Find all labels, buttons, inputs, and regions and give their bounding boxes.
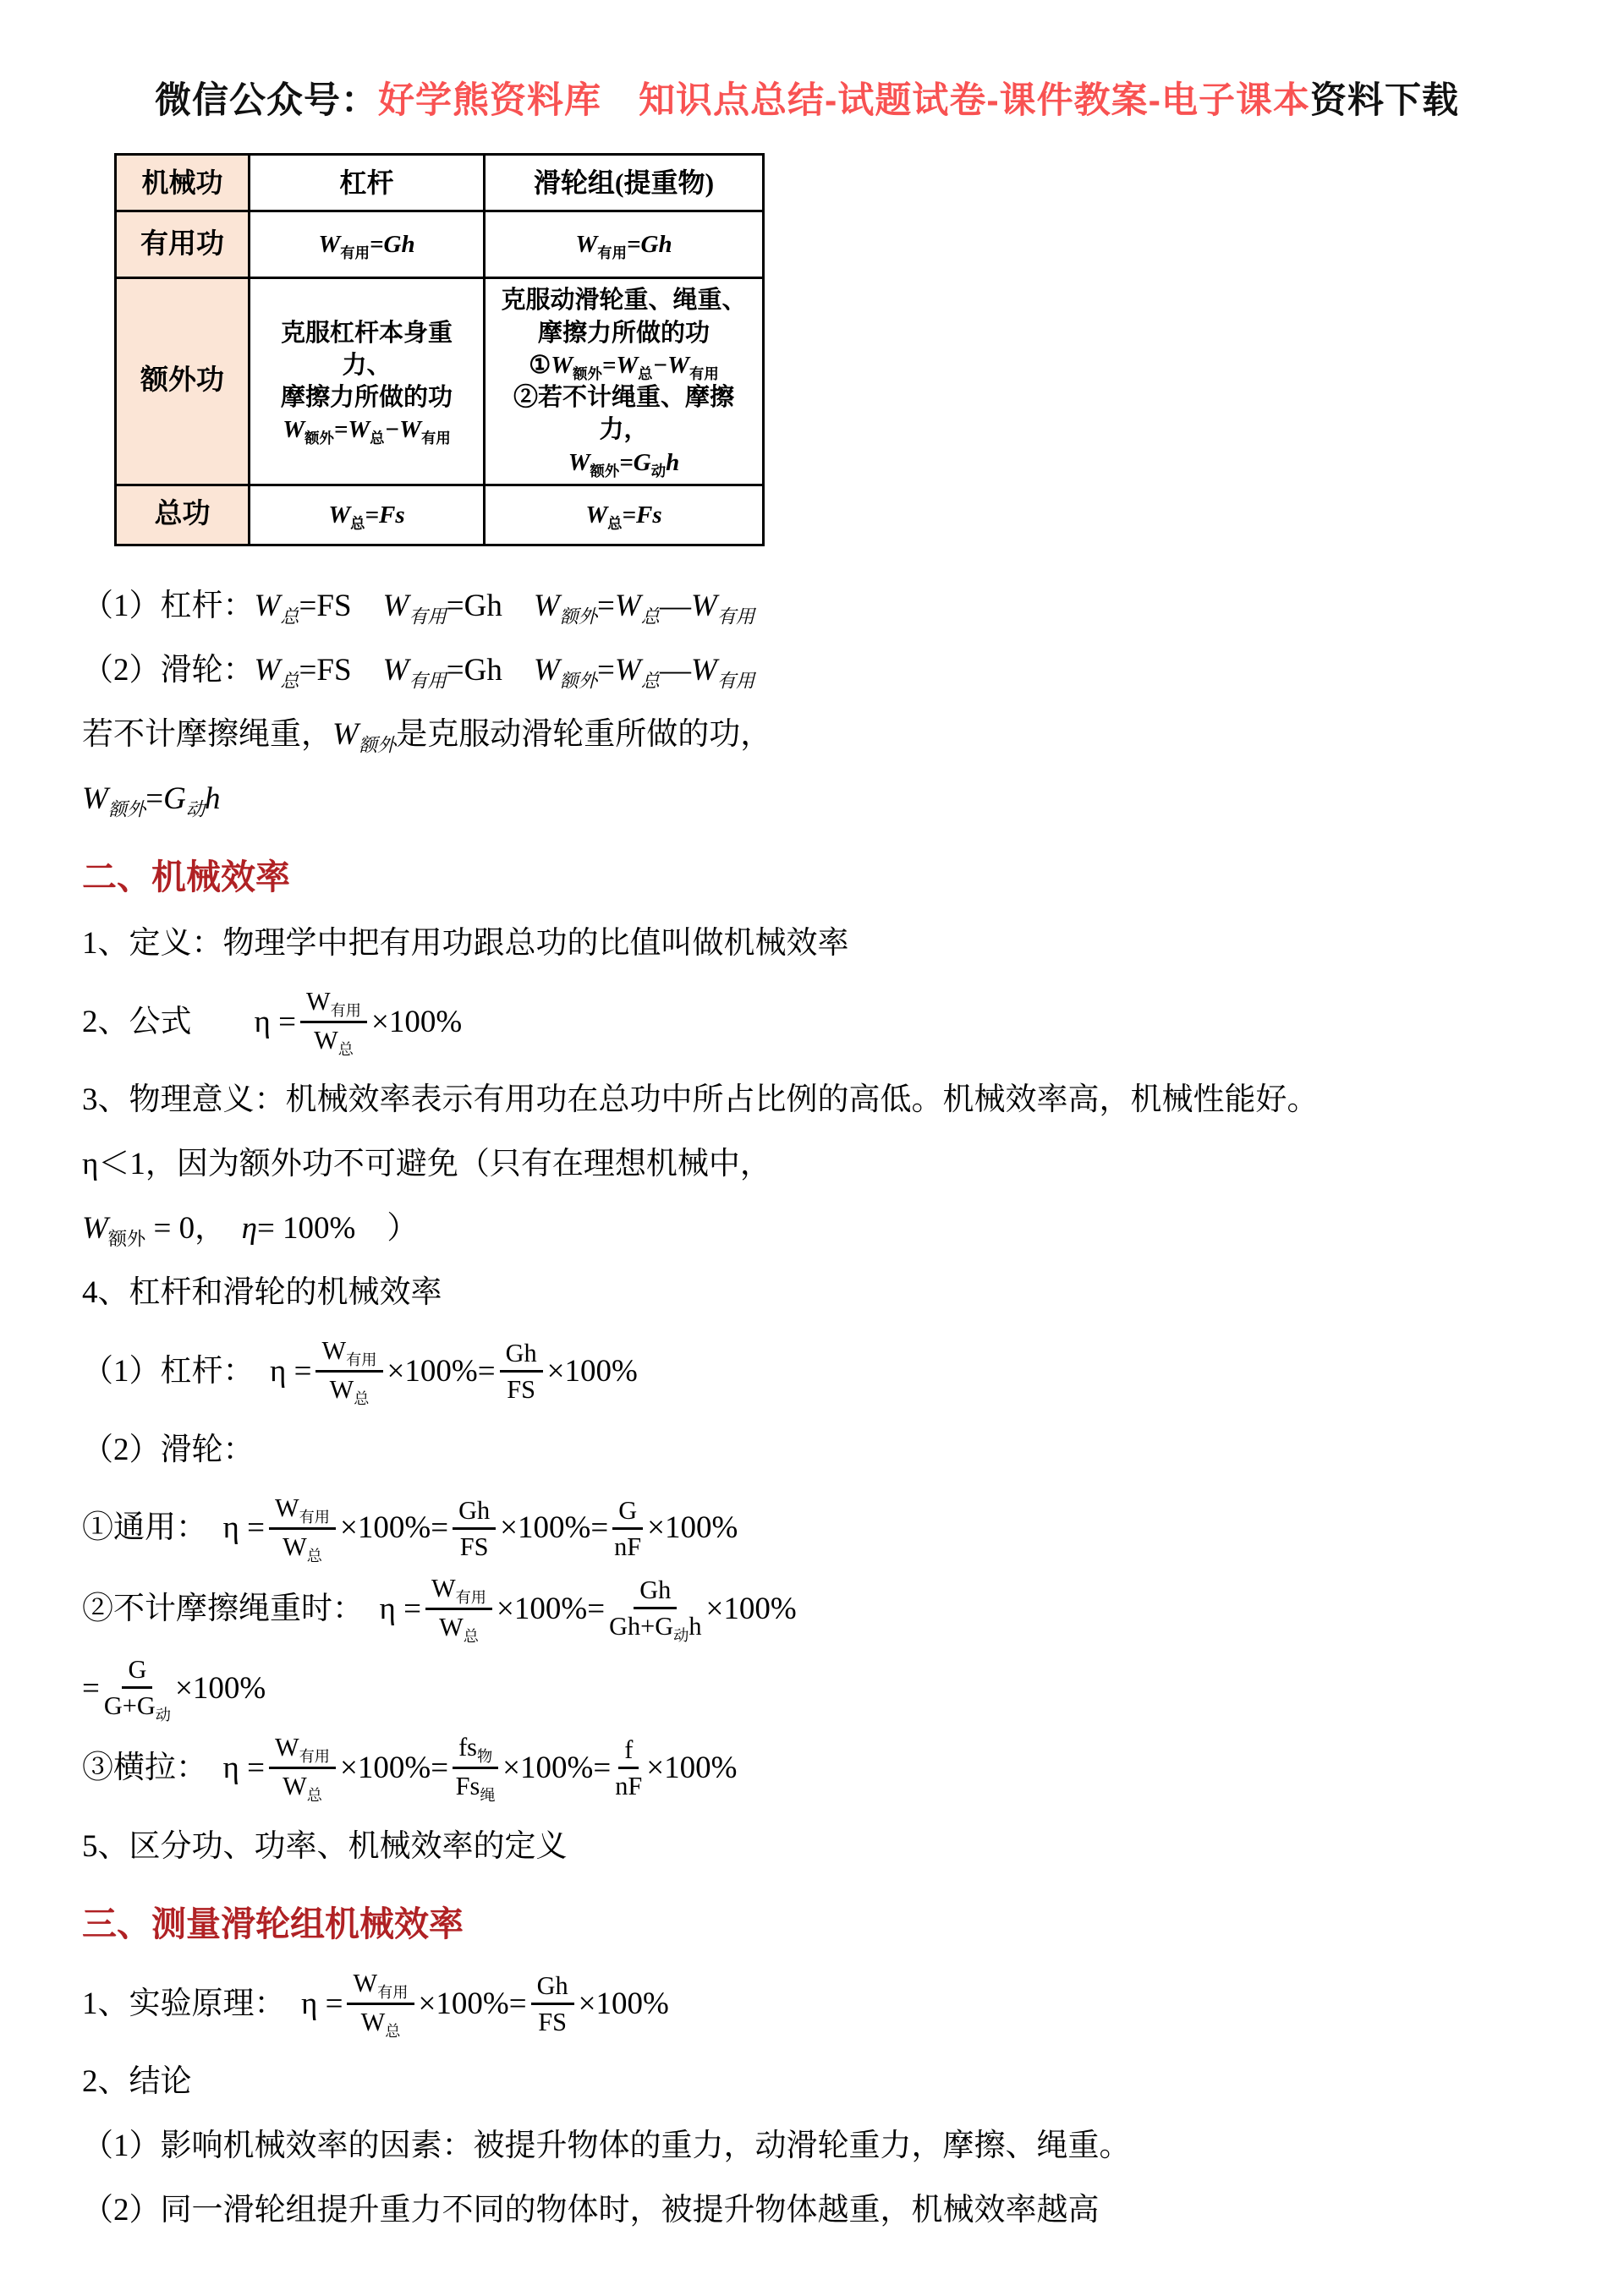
line-conclusion-heavier: （2）同一滑轮组提升重力不同的物体时，被提升物体越重，机械效率越高 bbox=[82, 2189, 1573, 2232]
fraction: GhFS bbox=[531, 1971, 574, 2036]
table-cell-r3c2: W总=Fs bbox=[485, 485, 764, 545]
fraction: GG+G动 bbox=[104, 1655, 171, 1723]
wechat-banner: 微信公众号：好学熊资料库 知识点总结-试题试卷-课件教案-电子课本资料下载 bbox=[0, 0, 1624, 121]
table-cell-r0c1: 杠杆 bbox=[250, 155, 485, 211]
banner-suffix: 资料下载 bbox=[1310, 80, 1459, 121]
table-cell-line: 克服杠杆本身重力、 bbox=[257, 317, 476, 382]
fraction: GhFS bbox=[500, 1339, 543, 1404]
formula-line-lever-efficiency: （1）杠杆： η =W有用W总×100%=GhFS×100% bbox=[82, 1336, 1573, 1407]
fraction: W有用W总 bbox=[347, 1969, 414, 2040]
document-page: 微信公众号：好学熊资料库 知识点总结-试题试卷-课件教案-电子课本资料下载 机械… bbox=[0, 0, 1624, 2296]
fraction: fnF bbox=[615, 1735, 642, 1800]
formula-line-horizontal-pull: ③横拉： η =W有用W总×100%=fs物Fs绳×100%=fnF×100% bbox=[82, 1733, 1573, 1804]
heading-measuring-pulley-efficiency: 三、测量滑轮组机械效率 bbox=[82, 1901, 1573, 1948]
fraction: GhFS bbox=[453, 1496, 496, 1561]
fraction: W有用W总 bbox=[269, 1733, 336, 1804]
table-cell-line: 摩擦力所做的功 bbox=[257, 381, 476, 414]
banner-red-text: 好学熊资料库 知识点总结-试题试卷-课件教案-电子课本 bbox=[378, 80, 1310, 121]
table-cell-line: W有用=Gh bbox=[492, 228, 755, 260]
line-ideal-machine: W额外 = 0， η= 100% ） bbox=[82, 1208, 1573, 1250]
formula-line-no-rope-friction-continued: =GG+G动×100% bbox=[82, 1655, 1573, 1723]
fraction: fs物Fs绳 bbox=[453, 1733, 498, 1804]
line-item5-distinguish: 5、区分功、功率、机械效率的定义 bbox=[82, 1826, 1573, 1868]
table-cell-line: W总=Fs bbox=[492, 499, 755, 531]
line-physical-meaning: 3、物理意义：机械效率表示有用功在总功中所占比例的高低。机械效率高，机械性能好。 bbox=[82, 1079, 1573, 1121]
table-cell-line: ①W额外=W总−W有用 bbox=[492, 349, 755, 381]
formula-line-experiment-principle: 1、实验原理： η =W有用W总×100%=GhFS×100% bbox=[82, 1969, 1573, 2040]
table-row-3: 总功W总=FsW总=Fs bbox=[116, 485, 764, 545]
table-cell-r1c1: W有用=Gh bbox=[250, 211, 485, 278]
line-no-friction-note: 若不计摩擦绳重，W额外是克服动滑轮重所做的功， bbox=[82, 714, 1573, 756]
formula-line-lever-work: （1）杠杆：W总=FS W有用=Gh W额外=W总—W有用 bbox=[82, 585, 1573, 627]
line-conclusion-factors: （1）影响机械效率的因素：被提升物体的重力，动滑轮重力，摩擦、绳重。 bbox=[82, 2125, 1573, 2167]
line-item4-lever-pulley-efficiency: 4、杠杆和滑轮的机械效率 bbox=[82, 1272, 1573, 1314]
formula-line-efficiency-formula: 2、公式 η =W有用W总×100% bbox=[82, 987, 1573, 1058]
table-cell-r0c2: 滑轮组(提重物) bbox=[485, 155, 764, 211]
table-cell-line: W总=Fs bbox=[257, 499, 476, 531]
table-row-label-1: 有用功 bbox=[116, 211, 250, 278]
formula-line-extra-work: W额外=G动h bbox=[82, 778, 1573, 820]
fraction: GnF bbox=[612, 1496, 643, 1561]
table-cell-line: 杠杆 bbox=[257, 165, 476, 200]
line-conclusion: 2、结论 bbox=[82, 2061, 1573, 2103]
table-cell-line: 摩擦力所做的功 bbox=[492, 317, 755, 349]
line-pulley-label: （2）滑轮： bbox=[82, 1429, 1573, 1471]
mechanical-work-table: 机械功杠杆滑轮组(提重物)有用功W有用=GhW有用=Gh额外功克服杠杆本身重力、… bbox=[114, 153, 765, 546]
fraction: W有用W总 bbox=[315, 1336, 382, 1407]
table-row-1: 有用功W有用=GhW有用=Gh bbox=[116, 211, 764, 278]
fraction: W有用W总 bbox=[300, 987, 367, 1058]
line-definition: 1、定义：物理学中把有用功跟总功的比值叫做机械效率 bbox=[82, 923, 1573, 965]
table-cell-line: W额外=W总−W有用 bbox=[257, 414, 476, 446]
table-row-2: 额外功克服杠杆本身重力、摩擦力所做的功W额外=W总−W有用克服动滑轮重、绳重、摩… bbox=[116, 278, 764, 485]
table-cell-line: ②若不计绳重、摩擦力， bbox=[492, 381, 755, 447]
table-cell-line: W有用=Gh bbox=[257, 228, 476, 260]
table-cell-r2c2: 克服动滑轮重、绳重、摩擦力所做的功①W额外=W总−W有用②若不计绳重、摩擦力，W… bbox=[485, 278, 764, 485]
table-row-label-0: 机械功 bbox=[116, 155, 250, 211]
table-cell-line: 克服动滑轮重、绳重、 bbox=[492, 284, 755, 316]
table-row-label-3: 总功 bbox=[116, 485, 250, 545]
banner-prefix: 微信公众号： bbox=[155, 80, 378, 121]
mechanical-work-table-body: 机械功杠杆滑轮组(提重物)有用功W有用=GhW有用=Gh额外功克服杠杆本身重力、… bbox=[116, 155, 764, 545]
table-cell-line: W额外=G动h bbox=[492, 447, 755, 479]
heading-mechanical-efficiency: 二、机械效率 bbox=[82, 854, 1573, 901]
formula-line-no-rope-friction: ②不计摩擦绳重时： η =W有用W总×100%=GhGh+G动h×100% bbox=[82, 1574, 1573, 1645]
formula-line-general: ①通用： η =W有用W总×100%=GhFS×100%=GnF×100% bbox=[82, 1493, 1573, 1564]
table-row-0: 机械功杠杆滑轮组(提重物) bbox=[116, 155, 764, 211]
table-cell-r2c1: 克服杠杆本身重力、摩擦力所做的功W额外=W总−W有用 bbox=[250, 278, 485, 485]
fraction: GhGh+G动h bbox=[609, 1575, 701, 1643]
line-eta-less-than-one: η＜1，因为额外功不可避免（只有在理想机械中， bbox=[82, 1143, 1573, 1186]
table-cell-r3c1: W总=Fs bbox=[250, 485, 485, 545]
fraction: W有用W总 bbox=[269, 1493, 336, 1564]
table-row-label-2: 额外功 bbox=[116, 278, 250, 485]
fraction: W有用W总 bbox=[425, 1574, 492, 1645]
table-cell-r1c2: W有用=Gh bbox=[485, 211, 764, 278]
formula-line-pulley-work: （2）滑轮：W总=FS W有用=Gh W额外=W总—W有用 bbox=[82, 649, 1573, 692]
table-cell-line: 滑轮组(提重物) bbox=[492, 165, 755, 200]
document-body: （1）杠杆：W总=FS W有用=Gh W额外=W总—W有用（2）滑轮：W总=FS… bbox=[0, 585, 1624, 2232]
